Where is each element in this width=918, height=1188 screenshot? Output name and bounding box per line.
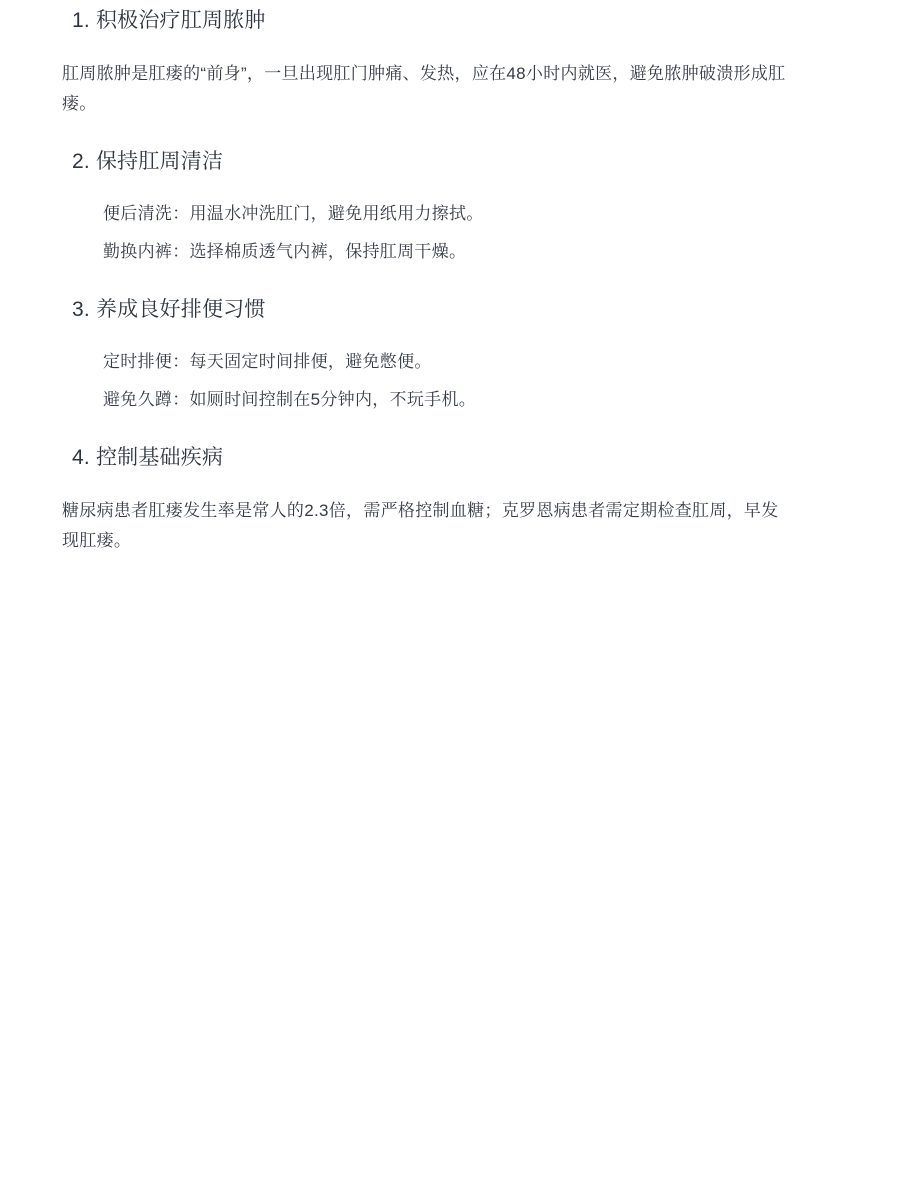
section-1-heading: 1. 积极治疗肛周脓肿 [62, 5, 856, 36]
section-3-heading: 3. 养成良好排便习惯 [62, 294, 856, 325]
section-2-sub-list: 便后清洗：用温水冲洗肛门，避免用纸用力擦拭。 勤换内裤：选择棉质透气内裤，保持肛… [62, 199, 856, 267]
document-page: 1. 积极治疗肛周脓肿 肛周脓肿是肛瘘的“前身”，一旦出现肛门肿痛、发热，应在4… [0, 0, 918, 1188]
section-3-sub-list: 定时排便：每天固定时间排便，避免憋便。 避免久蹲：如厕时间控制在5分钟内，不玩手… [62, 347, 856, 415]
section-2-heading: 2. 保持肛周清洁 [62, 146, 856, 177]
section-4-heading: 4. 控制基础疾病 [62, 442, 856, 473]
sub-item: 定时排便：每天固定时间排便，避免憋便。 [103, 347, 856, 377]
sub-item: 避免久蹲：如厕时间控制在5分钟内，不玩手机。 [103, 385, 856, 415]
section-4-paragraph: 糖尿病患者肛瘘发生率是常人的2.3倍，需严格控制血糖；克罗恩病患者需定期检查肛周… [62, 496, 856, 556]
sub-item: 便后清洗：用温水冲洗肛门，避免用纸用力擦拭。 [103, 199, 856, 229]
section-1-paragraph: 肛周脓肿是肛瘘的“前身”，一旦出现肛门肿痛、发热，应在48小时内就医，避免脓肿破… [62, 59, 856, 119]
sub-item: 勤换内裤：选择棉质透气内裤，保持肛周干燥。 [103, 237, 856, 267]
